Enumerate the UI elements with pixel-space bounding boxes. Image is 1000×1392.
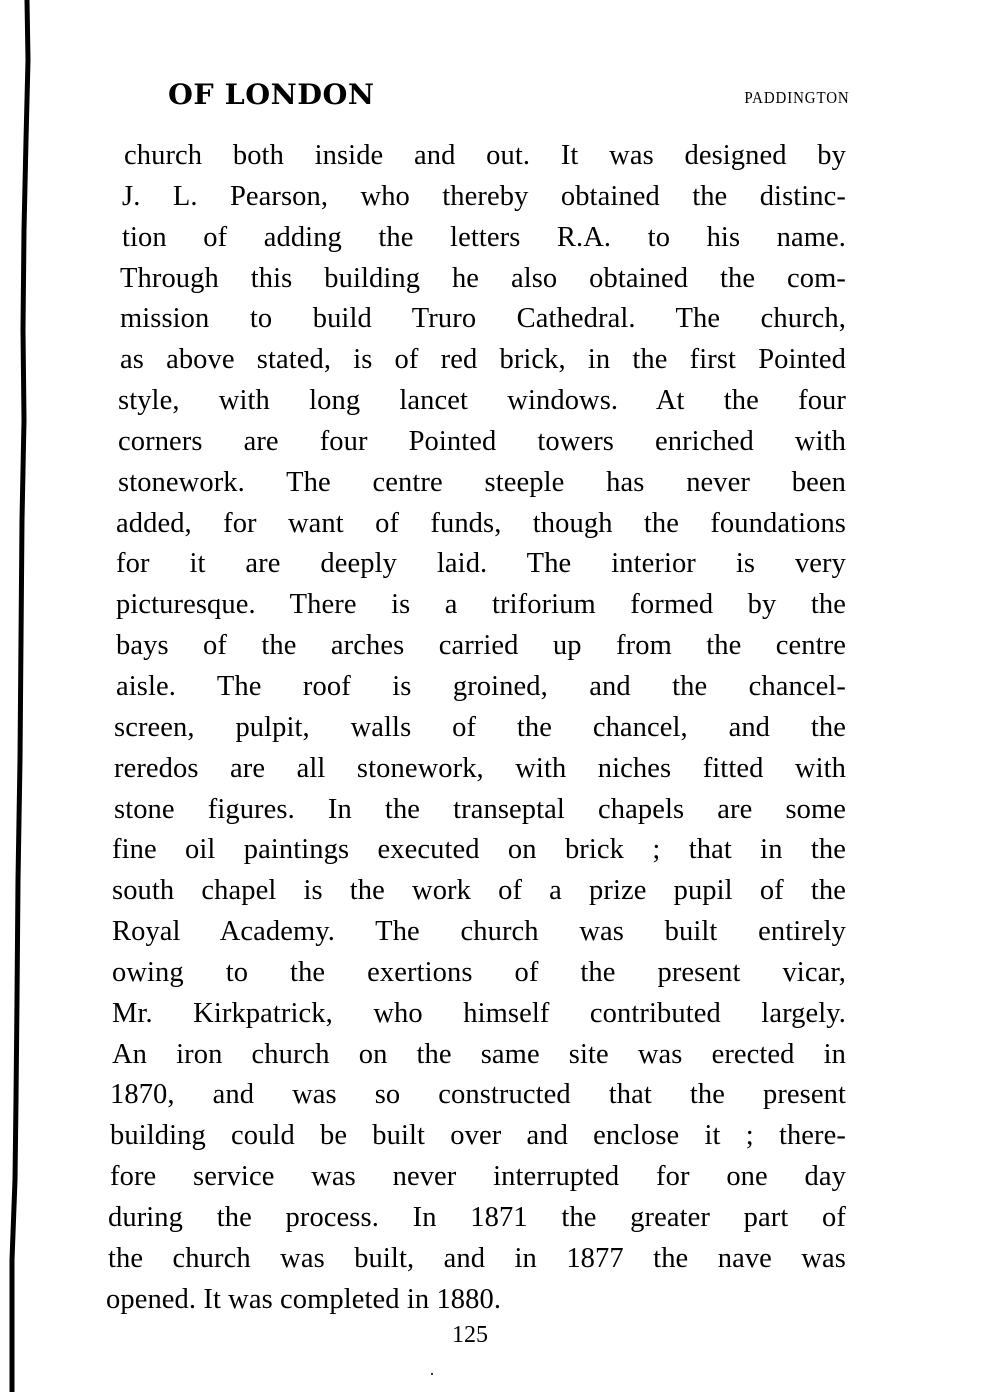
text-line: J. L. Pearson, who thereby obtained the … (122, 177, 846, 218)
text-line: Mr. Kirkpatrick, who himself contributed… (112, 994, 846, 1035)
text-line: mission to build Truro Cathedral. The ch… (120, 299, 846, 340)
text-line: fine oil paintings executed on brick ; t… (112, 830, 846, 871)
text-line: opened. It was completed in 1880. (106, 1280, 846, 1321)
text-line: picturesque. There is a triforium formed… (116, 585, 846, 626)
running-head-section: PADDINGTON (745, 88, 850, 108)
text-line: during the process. In 1871 the greater … (108, 1198, 846, 1239)
page-edge-line (0, 0, 40, 1392)
text-line: 1870, and was so constructed that the pr… (110, 1075, 846, 1116)
text-line: Through this building he also obtained t… (120, 259, 846, 300)
page-number: 125 (0, 1322, 940, 1349)
text-line: bays of the arches carried up from the c… (116, 626, 846, 667)
body-text: church both inside and out. It was desig… (106, 136, 846, 1320)
running-head-title: OF LONDON (168, 78, 375, 111)
text-line: south chapel is the work of a prize pupi… (112, 871, 846, 912)
text-line: building could be built over and enclose… (110, 1116, 846, 1157)
text-line: screen, pulpit, walls of the chancel, an… (114, 708, 846, 749)
text-line: church both inside and out. It was desig… (124, 136, 846, 177)
print-speck (431, 1373, 433, 1375)
text-line: style, with long lancet windows. At the … (118, 381, 846, 422)
running-head: OF LONDON PADDINGTON (168, 78, 850, 114)
text-line: owing to the exertions of the present vi… (112, 953, 846, 994)
text-line: fore service was never interrupted for o… (110, 1157, 846, 1198)
text-line: aisle. The roof is groined, and the chan… (116, 667, 846, 708)
text-line: for it are deeply laid. The interior is … (116, 544, 846, 585)
text-line: stone figures. In the transeptal chapels… (114, 790, 846, 831)
text-line: tion of adding the letters R.A. to his n… (122, 218, 846, 259)
text-line: Royal Academy. The church was built enti… (112, 912, 846, 953)
text-line: stonework. The centre steeple has never … (118, 463, 846, 504)
text-line: reredos are all stonework, with niches f… (114, 749, 846, 790)
text-line: corners are four Pointed towers enriched… (118, 422, 846, 463)
text-line: added, for want of funds, though the fou… (116, 504, 846, 545)
text-line: An iron church on the same site was erec… (112, 1035, 846, 1076)
text-line: the church was built, and in 1877 the na… (108, 1239, 846, 1280)
text-line: as above stated, is of red brick, in the… (120, 340, 846, 381)
